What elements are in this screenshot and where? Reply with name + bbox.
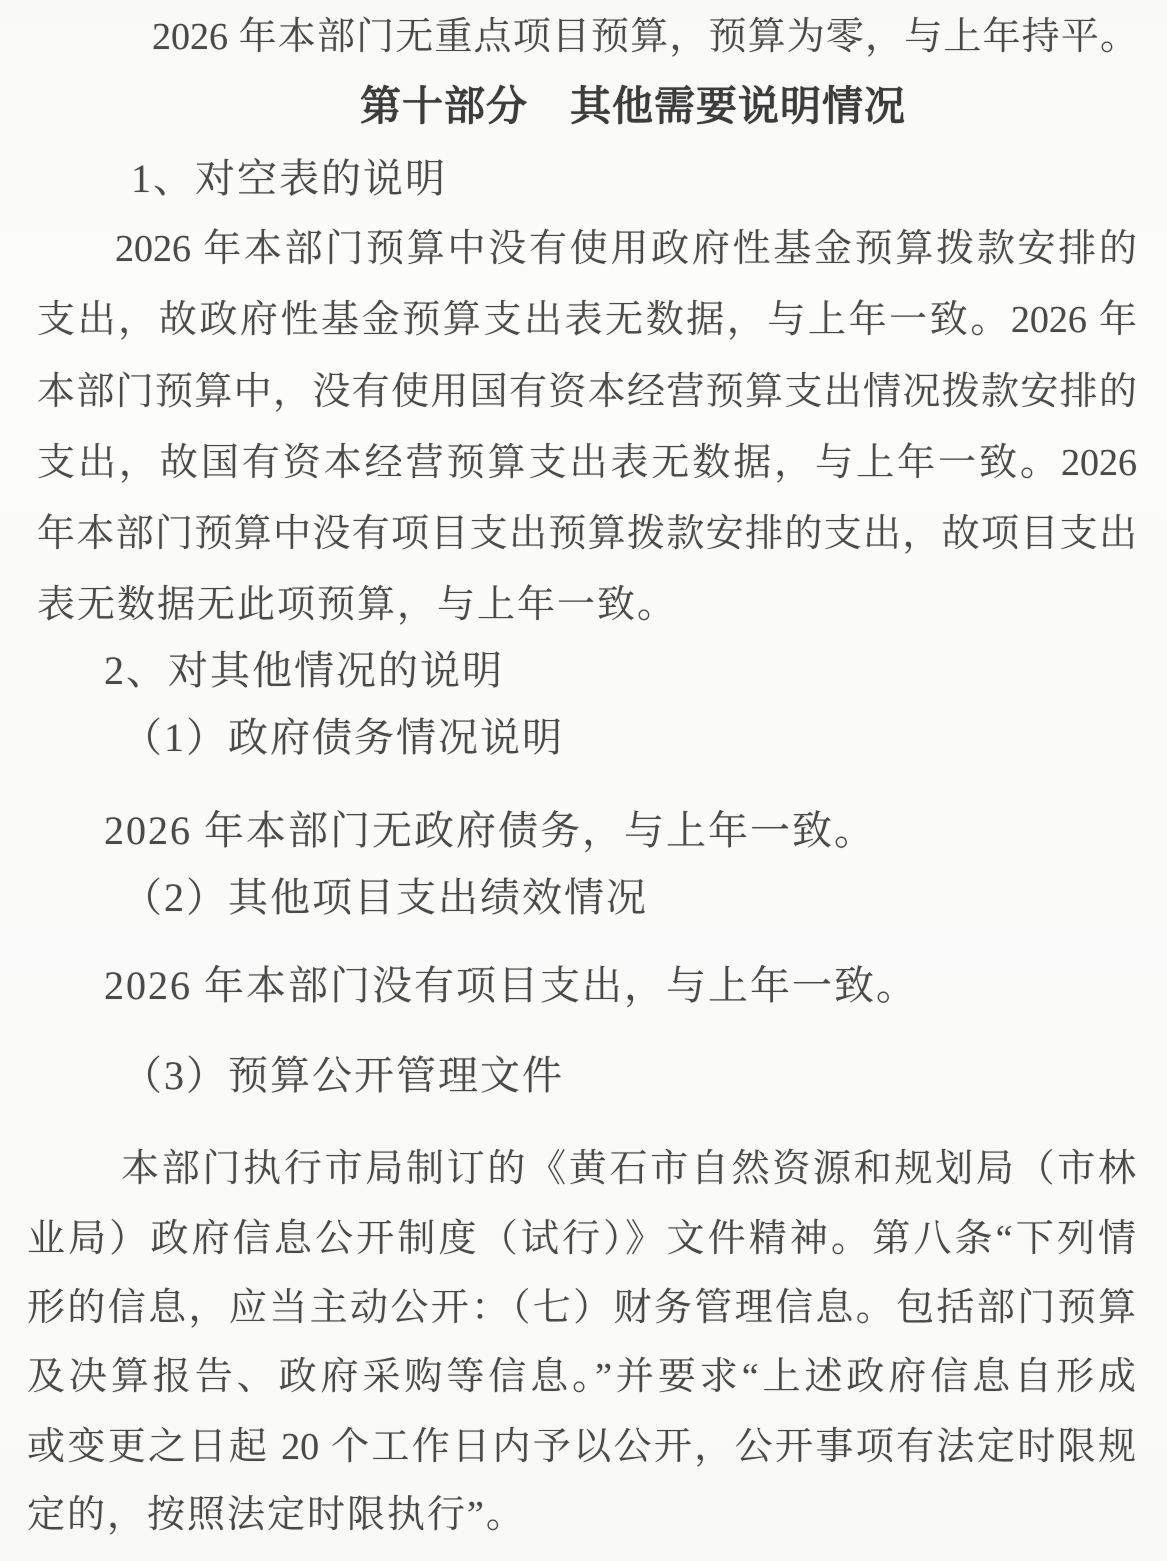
para-disclosure-line: 业局）政府信息公开制度（试行）》文件精神。第八条“下列情 <box>27 1216 1136 1264</box>
subsection-2-heading: 2、对其他情况的说明 <box>104 649 504 693</box>
para-project-expenditure: 2026 年本部门没有项目支出，与上年一致。 <box>104 964 918 1008</box>
para-disclosure-line: 本部门执行市局制订的《黄石市自然资源和规划局（市林 <box>121 1146 1136 1194</box>
para-disclosure-line: 定的，按照法定时限执行”。 <box>27 1493 526 1537</box>
para-empty-tables-line: 表无数据无此项预算，与上年一致。 <box>37 583 677 627</box>
para-empty-tables-line: 年本部门预算中没有项目支出预算拨款安排的支出，故项目支出 <box>37 511 1137 559</box>
para-empty-tables-line: 本部门预算中，没有使用国有资本经营预算支出情况拨款安排的 <box>37 369 1137 417</box>
subsection-2-3-heading: （3）预算公开管理文件 <box>122 1054 564 1098</box>
para-empty-tables-line: 支出，故国有资本经营预算支出表无数据，与上年一致。2026 <box>37 440 1137 488</box>
subsection-2-2-heading: （2）其他项目支出绩效情况 <box>122 876 648 920</box>
subsection-2-1-heading: （1）政府债务情况说明 <box>122 716 564 760</box>
intro-statement-line: 2026 年本部门无重点项目预算，预算为零，与上年持平。 <box>152 14 1138 62</box>
subsection-1-heading: 1、对空表的说明 <box>131 157 447 201</box>
para-empty-tables-line: 支出，故政府性基金预算支出表无数据，与上年一致。2026 年 <box>37 297 1137 345</box>
scanned-budget-document-page: 2026 年本部门无重点项目预算，预算为零，与上年持平。 第十部分 其他需要说明… <box>0 0 1167 1561</box>
para-disclosure-line: 形的信息，应当主动公开：（七）财务管理信息。包括部门预算 <box>27 1285 1136 1333</box>
para-empty-tables-line: 2026 年本部门预算中没有使用政府性基金预算拨款安排的 <box>115 226 1137 274</box>
para-government-debt: 2026 年本部门无政府债务，与上年一致。 <box>104 809 876 853</box>
section-heading: 第十部分 其他需要说明情况 <box>360 84 906 128</box>
para-disclosure-line: 及决算报告、政府采购等信息。”并要求“上述政府信息自形成 <box>27 1354 1136 1402</box>
para-disclosure-line: 或变更之日起 20 个工作日内予以公开，公开事项有法定时限规 <box>27 1424 1136 1472</box>
